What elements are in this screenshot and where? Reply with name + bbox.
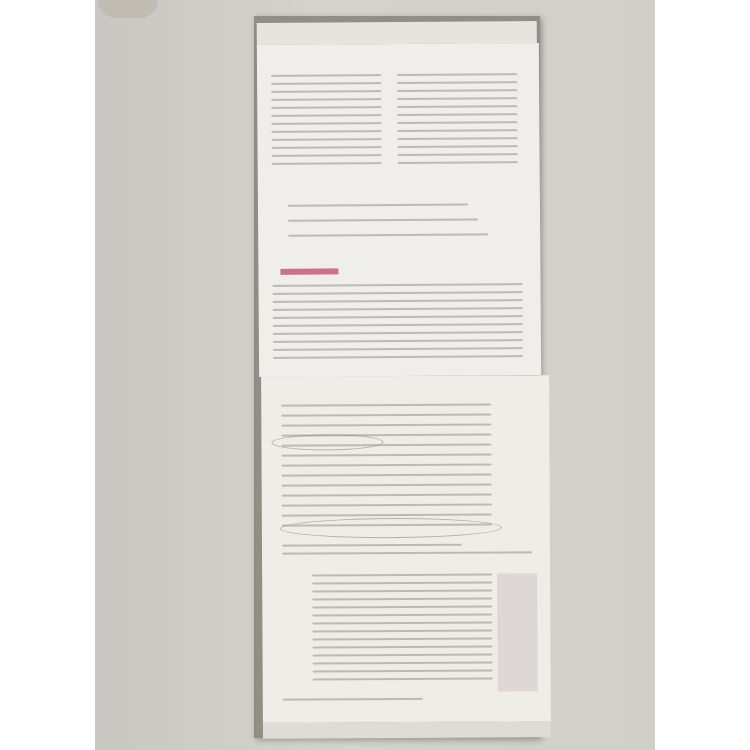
text-line <box>312 630 492 633</box>
text-line <box>271 114 381 117</box>
text-line <box>273 291 523 295</box>
text-line <box>273 307 523 311</box>
text-line <box>271 82 381 85</box>
text-line <box>282 474 492 477</box>
text-line <box>312 598 492 601</box>
text-line <box>312 574 492 577</box>
text-line <box>273 347 523 351</box>
text-line <box>273 323 523 327</box>
text-line <box>273 315 523 319</box>
text-line <box>288 233 488 236</box>
text-line <box>397 89 517 92</box>
left-border <box>0 0 95 750</box>
text-line <box>312 622 492 625</box>
text-line <box>272 162 382 165</box>
text-line <box>272 154 382 157</box>
text-line <box>313 670 493 673</box>
text-line <box>397 129 517 132</box>
text-line <box>272 146 382 149</box>
text-line <box>312 638 492 641</box>
text-line <box>273 339 523 343</box>
text-line <box>312 582 492 585</box>
text-line <box>282 551 532 554</box>
text-line <box>281 404 491 407</box>
text-line <box>282 544 462 547</box>
text-line <box>397 105 517 108</box>
text-line <box>271 90 381 93</box>
blurred-object <box>98 0 158 18</box>
text-line <box>282 514 492 517</box>
text-line <box>273 283 523 287</box>
text-line <box>273 331 523 335</box>
highlight-label <box>280 268 338 274</box>
text-line <box>313 654 493 657</box>
text-line <box>271 106 381 109</box>
text-line <box>313 662 493 665</box>
text-line <box>271 122 381 125</box>
handwritten-circle <box>271 434 383 451</box>
text-line <box>283 698 423 701</box>
text-line <box>397 73 517 76</box>
side-table <box>497 573 538 691</box>
text-line <box>398 153 518 156</box>
text-line <box>312 614 492 617</box>
text-line <box>313 646 493 649</box>
handwritten-circle <box>280 517 502 538</box>
text-line <box>271 130 381 133</box>
text-line <box>398 145 518 148</box>
text-line <box>282 454 492 457</box>
text-line <box>397 121 517 124</box>
text-line <box>273 299 523 303</box>
book-page-upper <box>257 43 541 377</box>
text-line <box>397 113 517 116</box>
text-line <box>313 678 493 681</box>
text-line <box>288 218 478 221</box>
right-border <box>655 0 750 750</box>
text-line <box>282 494 492 497</box>
text-line <box>397 81 517 84</box>
text-line <box>282 504 492 507</box>
text-line <box>312 606 492 609</box>
book-page-lower <box>261 375 551 723</box>
text-line <box>312 590 492 593</box>
text-line <box>271 74 381 77</box>
text-line <box>281 424 491 427</box>
text-line <box>288 204 468 207</box>
text-line <box>272 138 382 141</box>
text-line <box>282 464 492 467</box>
text-line <box>398 161 518 164</box>
text-line <box>282 484 492 487</box>
text-line <box>271 98 381 101</box>
text-line <box>281 414 491 417</box>
text-line <box>397 137 517 140</box>
text-line <box>397 97 517 100</box>
text-line <box>273 355 523 359</box>
